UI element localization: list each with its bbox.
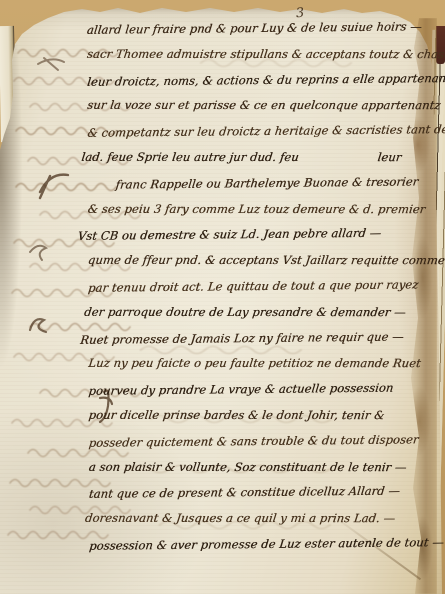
manuscript-line: franc Rappelle ou Barthelemye Buonae & t… [114,169,439,198]
manuscript-line: par tenuu droit act. Le quittau de tout … [87,272,440,301]
manuscript-line: a son plaisir & vollunte, Soz constituan… [87,454,440,480]
manuscript-line: Vst CB ou demestre & suiz Ld. Jean pebre… [76,220,439,250]
manuscript-line: posseder quictement & sans trouble & du … [87,427,440,456]
manuscript-line: pour dicelle prinse bardes & le dont Joh… [87,403,440,429]
manuscript-line: possession & aver promesse de Luz ester … [88,530,441,559]
manuscript-line: doresnavant & Jusques a ce quil y mi a p… [83,506,440,532]
manuscript-line: qume de ffeur pnd. & acceptans Vst Jaill… [86,248,439,274]
manuscript-line: & competantz sur leu droictz a heritaige… [86,117,439,146]
manuscript-line: Ruet promesse de Jamais Loz ny faire ne … [79,324,440,354]
manuscript-line: lad. feue Sprie leu autre jur dud. feu l… [80,145,439,171]
manuscript-line: allard leur fraire pnd & pour Luy & de l… [85,14,438,43]
manuscript-text-block: allard leur fraire pnd & pour Luy & de l… [87,15,439,558]
manuscript-line: pourveu dy prandre La vraye & actuelle p… [87,375,440,404]
manuscript-line: der parroque doutre de Lay presandre & d… [83,300,440,326]
manuscript-line: Luz ny peu faicte o peu faulte petitioz … [87,351,440,377]
manuscript-line: tant que ce de present & constitue dicel… [87,478,440,507]
manuscript-line: & ses peiu 3 fary comme Luz touz demeure… [86,196,439,222]
manuscript-line: sur la voze sur et parisse & ce en quelc… [86,93,439,119]
manuscript-line: leur droictz, noms, & actions & du repri… [86,66,439,95]
manuscript-line: sacr Thomee admuistre stipullans & accep… [85,42,438,68]
photo-of-manuscript: 3 allard leur fraire pnd & pour Luy & de… [0,0,445,594]
